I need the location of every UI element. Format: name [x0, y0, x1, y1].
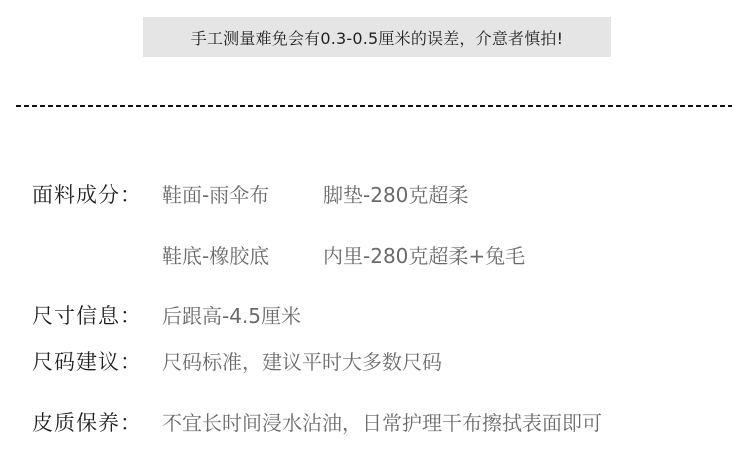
spec-row-size-advice: 尺码建议： 尺码标准，建议平时大多数尺码	[0, 347, 750, 377]
spec-label-care: 皮质保养：	[32, 408, 142, 438]
spec-label-size-info: 尺寸信息：	[32, 301, 142, 331]
spec-label-size-advice: 尺码建议：	[32, 347, 142, 377]
spec-row-material: 面料成分： 鞋面-雨伞布 脚垫-280克超柔	[0, 180, 750, 210]
spec-value-size-advice: 尺码标准，建议平时大多数尺码	[162, 347, 442, 377]
spec-value-upper: 鞋面-雨伞布	[162, 180, 269, 210]
dashed-divider	[16, 105, 732, 107]
spec-value-insole: 脚垫-280克超柔	[323, 180, 468, 210]
spec-value-lining: 内里-280克超柔+兔毛	[323, 241, 525, 271]
spec-label-material: 面料成分：	[32, 180, 142, 210]
measurement-notice-banner: 手工测量难免会有0.3-0.5厘米的误差，介意者慎拍!	[143, 17, 611, 57]
spec-row-care: 皮质保养： 不宜长时间浸水沾油，日常护理干布擦拭表面即可	[0, 408, 750, 438]
spec-row-size-info: 尺寸信息： 后跟高-4.5厘米	[0, 301, 750, 331]
spec-value-care: 不宜长时间浸水沾油，日常护理干布擦拭表面即可	[162, 408, 602, 438]
spec-value-sole: 鞋底-橡胶底	[162, 241, 269, 271]
spec-row-material-cont: 鞋底-橡胶底 内里-280克超柔+兔毛	[0, 241, 750, 271]
measurement-notice-text: 手工测量难免会有0.3-0.5厘米的误差，介意者慎拍!	[191, 26, 563, 49]
spec-value-heel-height: 后跟高-4.5厘米	[162, 301, 301, 331]
